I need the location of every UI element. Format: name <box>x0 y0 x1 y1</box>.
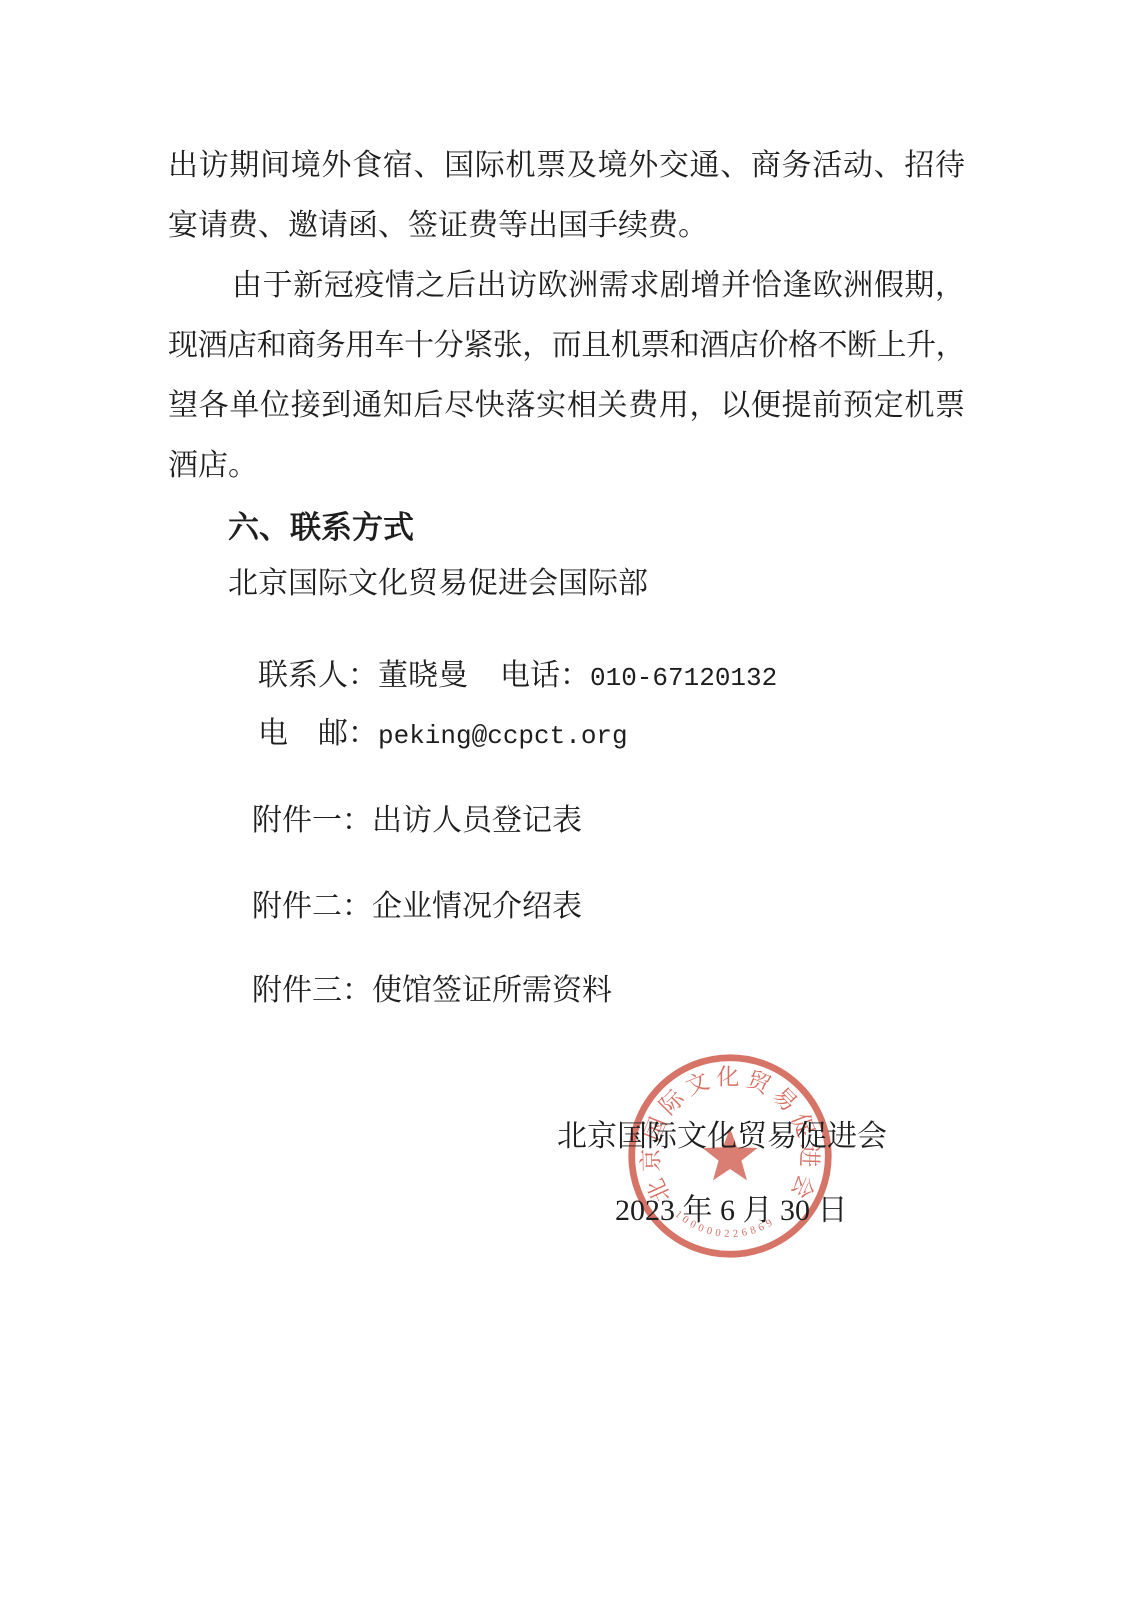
attachment-1-label: 附件一： <box>252 804 372 837</box>
attachment-2-title: 企业情况介绍表 <box>372 890 582 923</box>
attachment-item-3: 附件三：使馆签证所需资料 <box>222 941 612 1040</box>
signature-organization: 北京国际文化贸易促进会 <box>557 1120 887 1153</box>
attachment-1-title: 出访人员登记表 <box>372 804 582 837</box>
official-seal: 北京国际文化贸易促进会 100000226869 <box>624 1050 836 1262</box>
contact-email-label: 电 邮： <box>258 717 378 750</box>
attachment-2-label: 附件二： <box>252 890 372 923</box>
attachment-3-label: 附件三： <box>252 974 372 1007</box>
body-paragraph2-line4: 酒店。 <box>168 449 258 482</box>
section-heading-contact: 六、联系方式 <box>228 511 414 544</box>
contact-department: 北京国际文化贸易促进会国际部 <box>228 567 648 600</box>
body-paragraph2-line3: 望各单位接到通知后尽快落实相关费用，以便提前预定机票 <box>168 389 965 422</box>
seal-graphic: 北京国际文化贸易促进会 100000226869 <box>624 1050 836 1262</box>
body-paragraph2-line1: 由于新冠疫情之后出访欧洲需求剧增并恰逢欧洲假期， <box>232 269 965 302</box>
signature-date: 2023 年 6 月 30 日 <box>615 1194 848 1227</box>
body-paragraph1-line1: 出访期间境外食宿、国际机票及境外交通、商务活动、招待 <box>168 149 965 182</box>
contact-email-address: peking@ccpct.org <box>378 721 628 751</box>
body-paragraph2-line2: 现酒店和商务用车十分紧张，而且机票和酒店价格不断上升， <box>168 329 965 362</box>
body-paragraph1-line2: 宴请费、邀请函、签证费等出国手续费。 <box>168 209 708 242</box>
attachment-3-title: 使馆签证所需资料 <box>372 974 612 1007</box>
attachment-item-1: 附件一：出访人员登记表 <box>222 771 582 870</box>
document-page: 出访期间境外食宿、国际机票及境外交通、商务活动、招待 宴请费、邀请函、签证费等出… <box>0 0 1131 1600</box>
